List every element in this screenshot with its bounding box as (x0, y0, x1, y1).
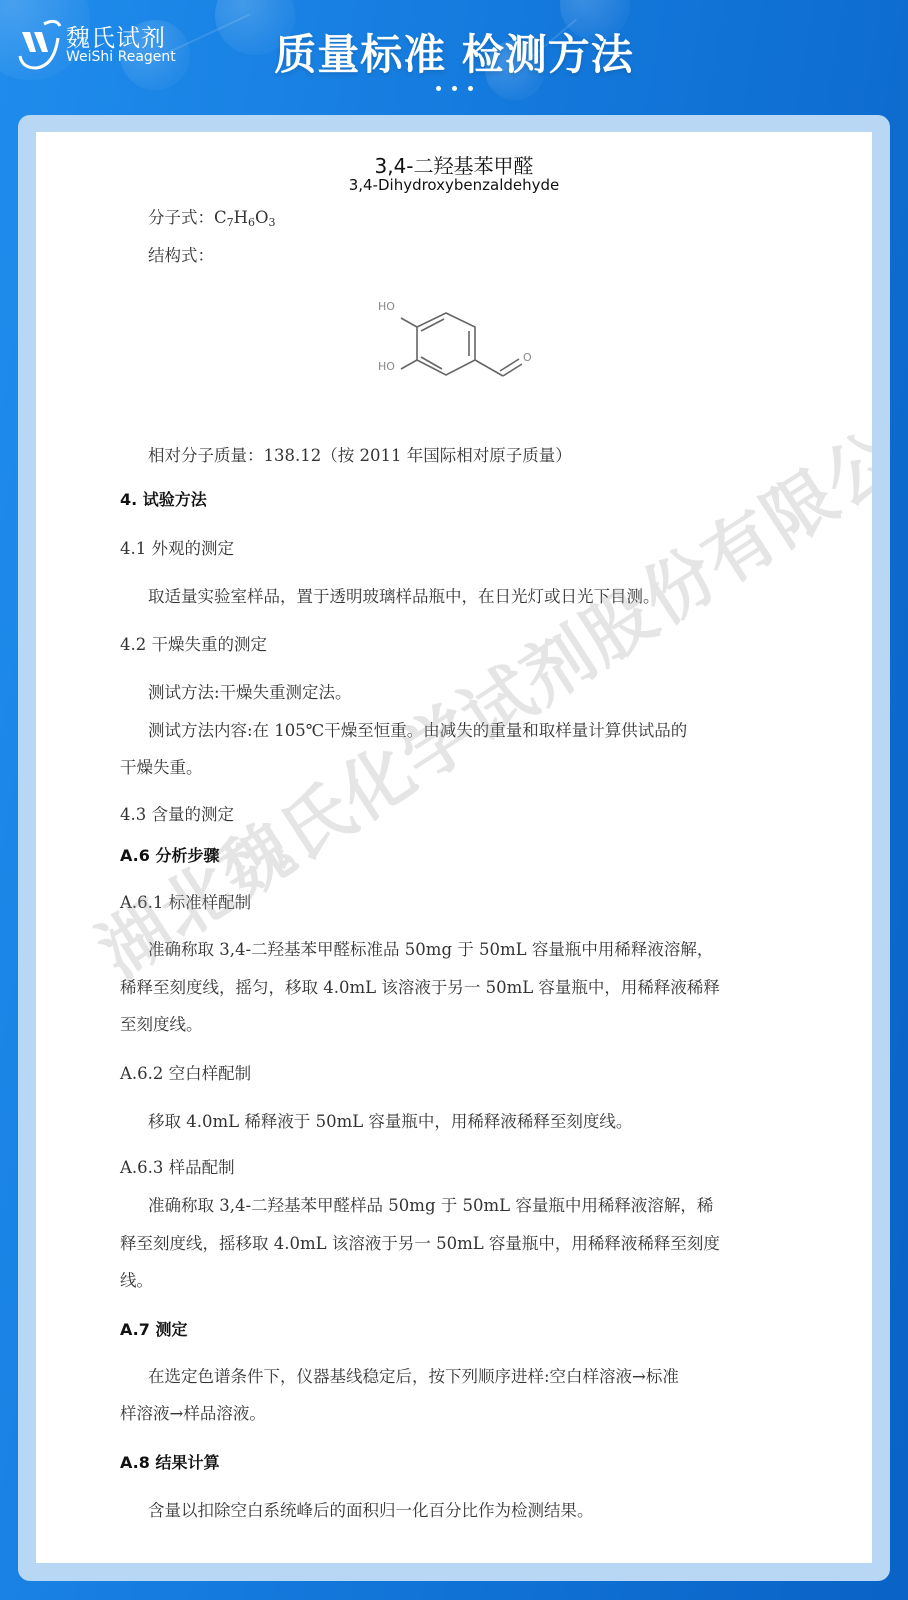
paragraph: 样溶液→样品溶液。 (120, 1403, 266, 1425)
paragraph: 含量以扣除空白系统峰后的面积归一化百分比作为检测结果。 (148, 1500, 594, 1522)
dot (436, 86, 441, 91)
section-heading-a7: A.7 测定 (120, 1319, 187, 1341)
oxygen-label: O (523, 351, 532, 364)
section-heading-a6: A.6 分析步骤 (120, 845, 219, 867)
paragraph: 释至刻度线，摇移取 4.0mL 该溶液于另一 50mL 容量瓶中，用稀释液稀释至… (120, 1233, 720, 1255)
structure-diagram (36, 132, 872, 432)
subsection-heading-a6-2: A.6.2 空白样配制 (120, 1063, 251, 1085)
paragraph: 测试方法:干燥失重测定法。 (148, 682, 352, 704)
paragraph: 线。 (120, 1270, 153, 1292)
decorative-dots (436, 86, 473, 91)
page-title: 质量标准 检测方法 (0, 22, 908, 82)
paragraph: 准确称取 3,4-二羟基苯甲醛标准品 50mg 于 50mL 容量瓶中用稀释液溶… (148, 939, 713, 961)
hydroxyl-label-top: HO (378, 300, 395, 313)
paragraph: 准确称取 3,4-二羟基苯甲醛样品 50mg 于 50mL 容量瓶中用稀释液溶解… (148, 1195, 713, 1217)
subsection-heading-4-3: 4.3 含量的测定 (120, 804, 234, 826)
subsection-heading-4-1: 4.1 外观的测定 (120, 538, 234, 560)
dot (468, 86, 473, 91)
paragraph: 在选定色谱条件下，仪器基线稳定后，按下列顺序进样:空白样溶液→标准 (148, 1366, 679, 1388)
subsection-heading-a6-3: A.6.3 样品配制 (120, 1157, 235, 1179)
paragraph: 移取 4.0mL 稀释液于 50mL 容量瓶中，用稀释液稀释至刻度线。 (148, 1111, 632, 1133)
paragraph: 测试方法内容:在 105℃干燥至恒重。由减失的重量和取样量计算供试品的 (148, 720, 687, 742)
hydroxyl-label-bottom: HO (378, 360, 395, 373)
paragraph: 至刻度线。 (120, 1014, 203, 1036)
paragraph: 干燥失重。 (120, 757, 203, 779)
paragraph: 稀释至刻度线，摇匀，移取 4.0mL 该溶液于另一 50mL 容量瓶中，用稀释液… (120, 977, 720, 999)
subsection-heading-a6-1: A.6.1 标准样配制 (120, 892, 251, 914)
subsection-heading-4-2: 4.2 干燥失重的测定 (120, 634, 267, 656)
paragraph: 取适量实验室样品，置于透明玻璃样品瓶中，在日光灯或日光下目测。 (148, 586, 660, 608)
section-heading-a8: A.8 结果计算 (120, 1452, 219, 1474)
section-heading-4: 4. 试验方法 (120, 489, 207, 511)
molecular-weight: 相对分子质量：138.12（按 2011 年国际相对原子质量） (148, 445, 572, 467)
dot (452, 86, 457, 91)
document-page: 3,4-二羟基苯甲醛 3,4-Dihydroxybenzaldehyde 分子式… (36, 132, 872, 1563)
